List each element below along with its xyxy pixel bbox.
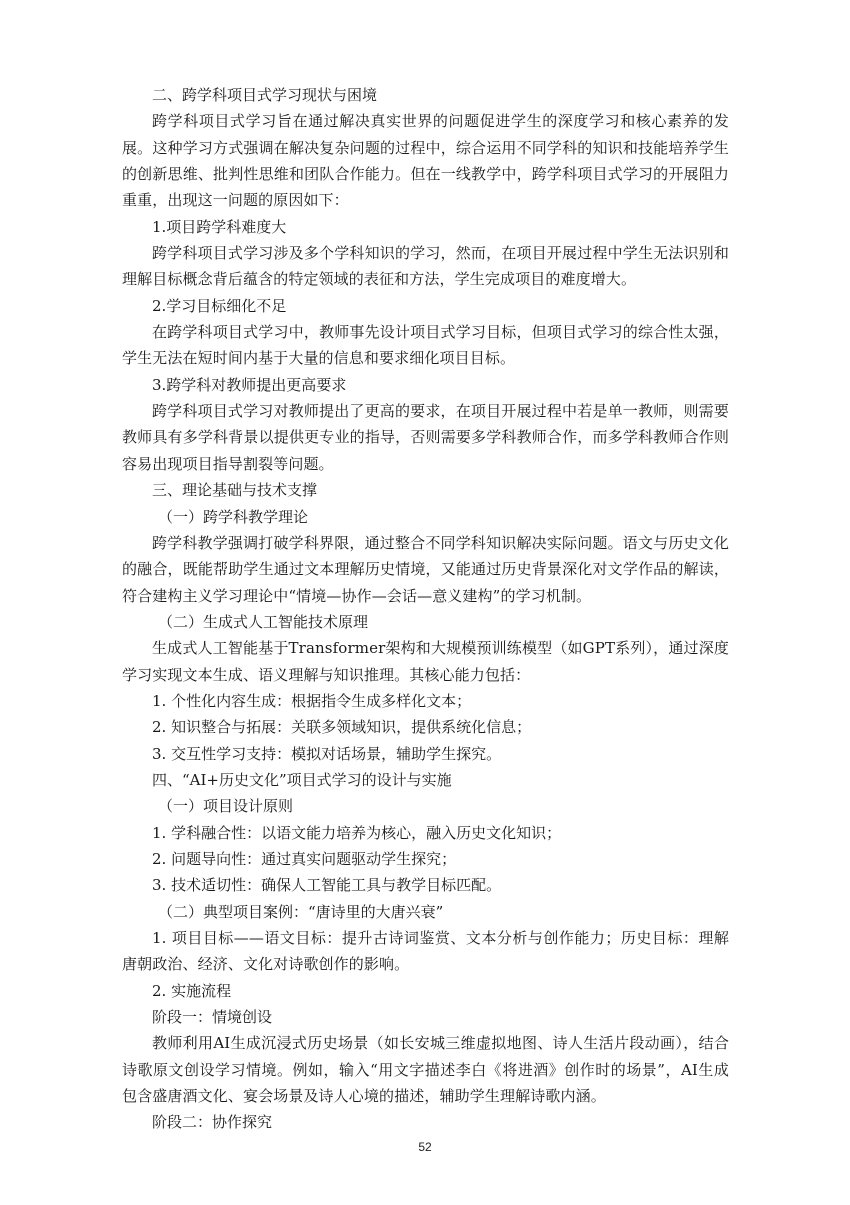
document-body: 二、跨学科项目式学习现状与困境 跨学科项目式学习旨在通过解决真实世界的问题促进学… (122, 82, 729, 1136)
section-heading: 二、跨学科项目式学习现状与困境 (122, 82, 729, 108)
paragraph: 生成式人工智能基于Transformer架构和大规模预训练模型（如GPT系列），… (122, 635, 729, 688)
list-item: 2. 问题导向性：通过真实问题驱动学生探究； (122, 846, 729, 872)
stage-heading: 阶段一：情境创设 (122, 1004, 729, 1030)
page-number: 52 (0, 1140, 850, 1154)
list-item: 3. 技术适切性：确保人工智能工具与教学目标匹配。 (122, 872, 729, 898)
paragraph: 跨学科项目式学习旨在通过解决真实世界的问题促进学生的深度学习和核心素养的发展。这… (122, 108, 729, 213)
list-item: 2. 知识整合与拓展：关联多领域知识，提供系统化信息； (122, 714, 729, 740)
stage-heading: 阶段二：协作探究 (122, 1109, 729, 1135)
subsection-heading: （二）典型项目案例：“唐诗里的大唐兴衰” (122, 899, 729, 925)
paragraph: 跨学科教学强调打破学科界限，通过整合不同学科知识解决实际问题。语文与历史文化的融… (122, 530, 729, 609)
paragraph: 教师利用AI生成沉浸式历史场景（如长安城三维虚拟地图、诗人生活片段动画），结合诗… (122, 1030, 729, 1109)
subsection-heading: （一）项目设计原则 (122, 793, 729, 819)
paragraph: 跨学科项目式学习对教师提出了更高的要求，在项目开展过程中若是单一教师，则需要教师… (122, 398, 729, 477)
section-heading: 三、理论基础与技术支撑 (122, 477, 729, 503)
list-item: 1. 学科融合性：以语文能力培养为核心，融入历史文化知识； (122, 820, 729, 846)
subsection-heading: 2.学习目标细化不足 (122, 293, 729, 319)
list-item: 3. 交互性学习支持：模拟对话场景，辅助学生探究。 (122, 741, 729, 767)
section-heading: 四、“AI+历史文化”项目式学习的设计与实施 (122, 767, 729, 793)
subsection-heading: （一）跨学科教学理论 (122, 504, 729, 530)
subsection-heading: 1.项目跨学科难度大 (122, 214, 729, 240)
paragraph: 在跨学科项目式学习中，教师事先设计项目式学习目标，但项目式学习的综合性太强，学生… (122, 319, 729, 372)
paragraph: 1. 项目目标——语文目标：提升古诗词鉴赏、文本分析与创作能力；历史目标：理解唐… (122, 925, 729, 978)
subsection-heading: （二）生成式人工智能技术原理 (122, 609, 729, 635)
list-item: 1. 个性化内容生成：根据指令生成多样化文本； (122, 688, 729, 714)
subsection-heading: 3.跨学科对教师提出更高要求 (122, 372, 729, 398)
list-item: 2. 实施流程 (122, 978, 729, 1004)
paragraph: 跨学科项目式学习涉及多个学科知识的学习，然而，在项目开展过程中学生无法识别和理解… (122, 240, 729, 293)
